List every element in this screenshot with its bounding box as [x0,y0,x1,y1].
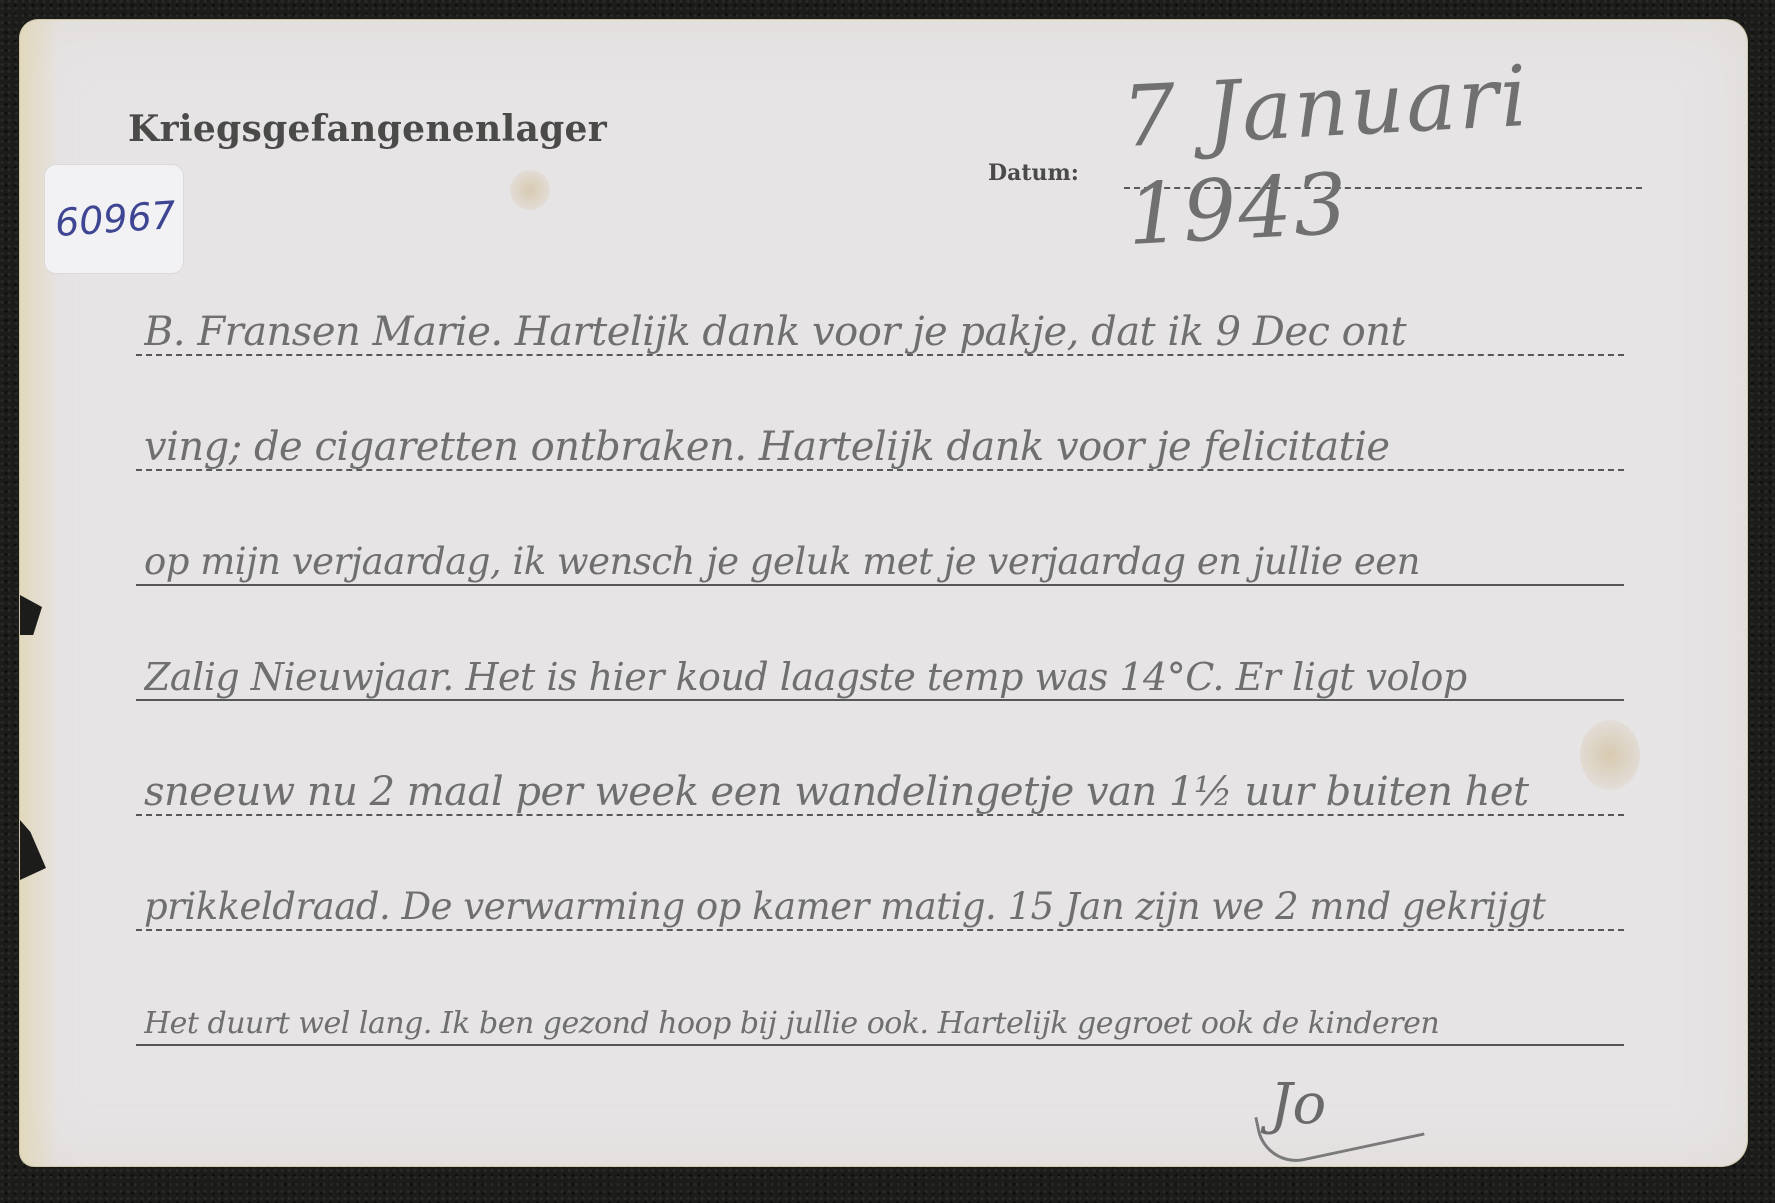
handwritten-line: B. Fransen Marie. Hartelijk dank voor je… [144,308,1634,356]
signature: Jo [1270,1072,1326,1137]
handwritten-line: prikkeldraad. De verwarming op kamer mat… [144,883,1634,931]
postcard: Kriegsgefangenenlager 60967 Datum: 7 Jan… [20,20,1747,1166]
handwritten-line: ving; de cigaretten ontbraken. Hartelijk… [144,423,1634,471]
handwritten-line: sneeuw nu 2 maal per week een wandelinge… [144,768,1634,816]
message-area: B. Fransen Marie. Hartelijk dank voor je… [20,20,1747,1166]
handwritten-line: Zalig Nieuwjaar. Het is hier koud laagst… [144,653,1634,701]
handwritten-line: Het duurt wel lang. Ik ben gezond hoop b… [144,1000,1634,1048]
handwritten-line: op mijn verjaardag, ik wensch je geluk m… [144,538,1634,586]
